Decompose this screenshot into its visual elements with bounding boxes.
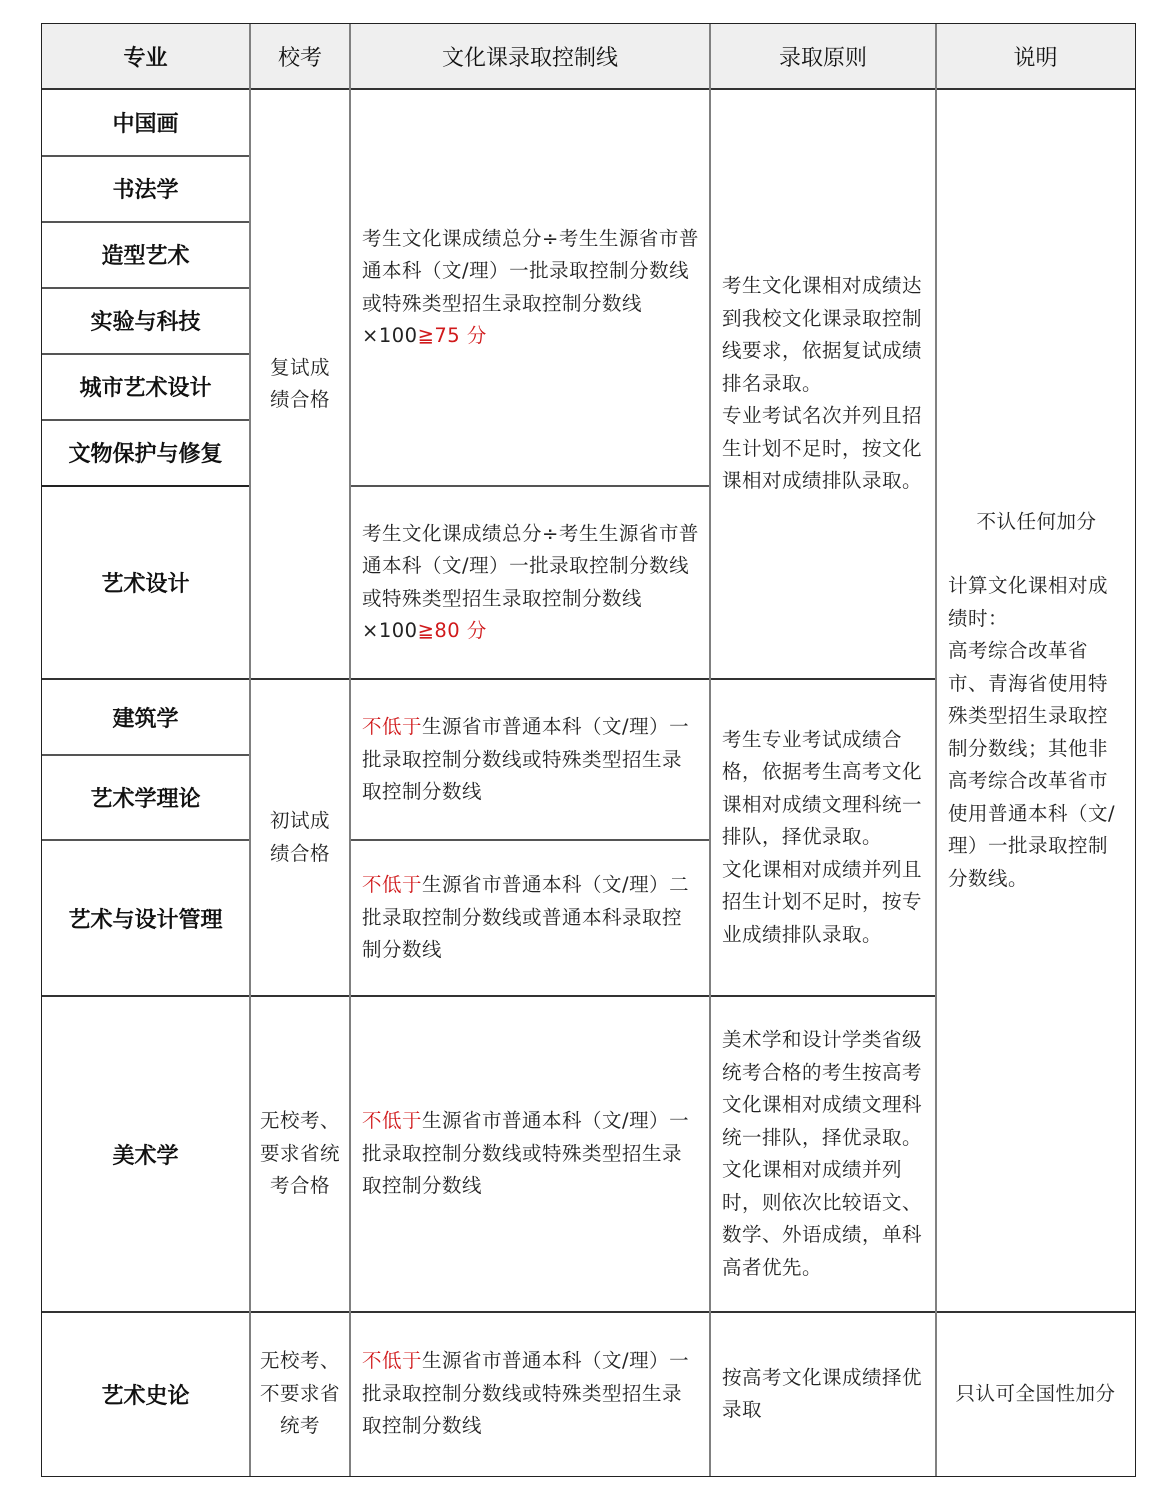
table-border	[41, 23, 1136, 1477]
